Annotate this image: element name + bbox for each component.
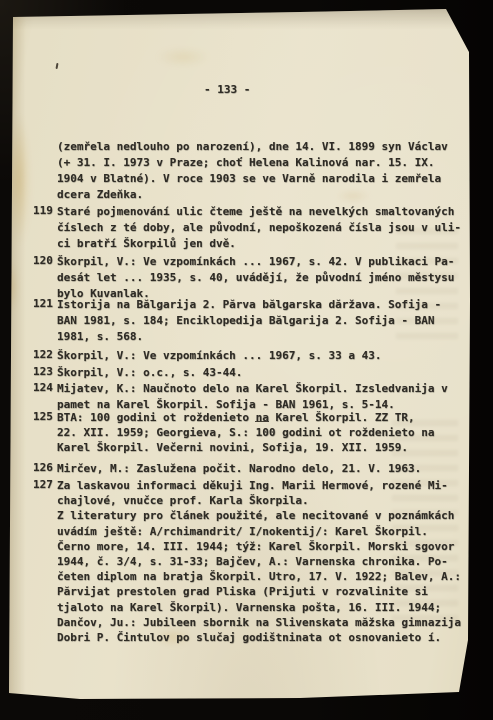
text-line: ci bratří Škorpilů jen dvě. bbox=[57, 236, 473, 252]
text-line: 1944, č. 3/4, s. 31-33; Bajčev, A.: Varn… bbox=[57, 554, 473, 569]
paper-stain bbox=[148, 44, 218, 70]
text-line: desát let ... 1935, s. 40, uvádějí, že p… bbox=[57, 270, 473, 286]
text-line: Škorpil, V.: Ve vzpomínkách ... 1967, s.… bbox=[57, 348, 473, 364]
footnote-item: 122 Škorpil, V.: Ve vzpomínkách ... 1967… bbox=[33, 348, 473, 364]
text-line: tjaloto na Karel Škorpil). Varnenska poš… bbox=[57, 600, 473, 615]
text-line: Škorpil, V.: o.c., s. 43-44. bbox=[57, 365, 473, 381]
scan-background: - 133 - (zemřela nedlouho po narození), … bbox=[0, 0, 493, 720]
document-page: - 133 - (zemřela nedlouho po narození), … bbox=[0, 0, 493, 720]
text-line: Karel Škorpil. Večerni novini, Sofija, 1… bbox=[57, 440, 473, 455]
intro-paragraph: (zemřela nedlouho po narození), dne 14. … bbox=[33, 139, 473, 203]
typed-underline bbox=[255, 421, 269, 422]
footnote-number: 127 bbox=[33, 478, 53, 491]
text-line: Dobri P. Čintulov po slučaj godištninata… bbox=[57, 630, 473, 645]
text-line: Černo more, 14. III. 1944; týž: Karel Šk… bbox=[57, 539, 473, 554]
text-line: dcera Zdeňka. bbox=[57, 187, 473, 203]
footnote-item: 126 Mirčev, M.: Zaslužena počit. Narodno… bbox=[33, 461, 473, 476]
footnote-number: 124 bbox=[33, 381, 53, 394]
footnote-item: 119 Staré pojmenování ulic čteme ještě n… bbox=[33, 204, 473, 252]
text-line: četen diplom na bratja Škorpil. Utro, 17… bbox=[57, 569, 473, 584]
footnote-number: 120 bbox=[33, 254, 53, 267]
text-line: BTA: 100 godini ot roždenieto na Karel Š… bbox=[57, 410, 473, 425]
text-line: Staré pojmenování ulic čteme ještě na ne… bbox=[57, 204, 473, 220]
footnote-item: 124 Mijatev, K.: Naučnoto delo na Karel … bbox=[33, 381, 473, 413]
text-line: uvádím ještě: A/rchimandrit/ I/nokentij/… bbox=[57, 524, 473, 539]
footnote-item: 121 Istorija na Bălgarija 2. Părva bălga… bbox=[33, 297, 473, 345]
page-number: - 133 - bbox=[204, 83, 250, 96]
footnote-item: 123 Škorpil, V.: o.c., s. 43-44. bbox=[33, 365, 473, 381]
footnote-number: 125 bbox=[33, 410, 53, 423]
footnote-number: 126 bbox=[33, 461, 53, 474]
paper-stain bbox=[1, 252, 21, 322]
text-line: číslech z té doby, ale původní, nepoškoz… bbox=[57, 220, 473, 236]
text-line: Mijatev, K.: Naučnoto delo na Karel Škor… bbox=[57, 381, 473, 397]
text-line: BAN 1981, s. 184; Enciklopedija Bălgarij… bbox=[57, 313, 473, 329]
ink-speck bbox=[55, 63, 58, 69]
footnote-number: 122 bbox=[33, 348, 53, 361]
text-line: Za laskavou informaci děkuji Ing. Marii … bbox=[57, 478, 473, 493]
footnote-item: 125 BTA: 100 godini ot roždenieto na Kar… bbox=[33, 410, 473, 456]
footnote-item: 120 Škorpil, V.: Ve vzpomínkách ... 1967… bbox=[33, 254, 473, 302]
footnote-item: 127 Za laskavou informaci děkuji Ing. Ma… bbox=[33, 478, 473, 645]
text-line: (+ 31. I. 1973 v Praze; choť Helena Kali… bbox=[57, 155, 473, 171]
text-line: Škorpil, V.: Ve vzpomínkách ... 1967, s.… bbox=[57, 254, 473, 270]
paper-stain bbox=[4, 92, 34, 267]
text-line: chajlové, vnučce prof. Karla Škorpila. bbox=[57, 493, 473, 508]
text-line: Z literatury pro článek použité, ale nec… bbox=[57, 508, 473, 523]
text-line: 1981, s. 568. bbox=[57, 329, 473, 345]
text-line: (zemřela nedlouho po narození), dne 14. … bbox=[57, 139, 473, 155]
text-line: Dančov, Ju.: Jubileen sbornik na Slivens… bbox=[57, 615, 473, 630]
text-line: Părvijat prestolen grad Pliska (Prijuti … bbox=[57, 584, 473, 599]
footnote-number: 121 bbox=[33, 297, 53, 310]
text-line: 22. XII. 1959; Georgieva, S.: 100 godini… bbox=[57, 425, 473, 440]
text-line: Mirčev, M.: Zaslužena počit. Narodno del… bbox=[57, 461, 473, 476]
text-line: Istorija na Bălgarija 2. Părva bălgarska… bbox=[57, 297, 473, 313]
footnote-number: 123 bbox=[33, 365, 53, 378]
footnote-number: 119 bbox=[33, 204, 53, 217]
text-line: 1904 v Blatné). V roce 1903 se ve Varně … bbox=[57, 171, 473, 187]
